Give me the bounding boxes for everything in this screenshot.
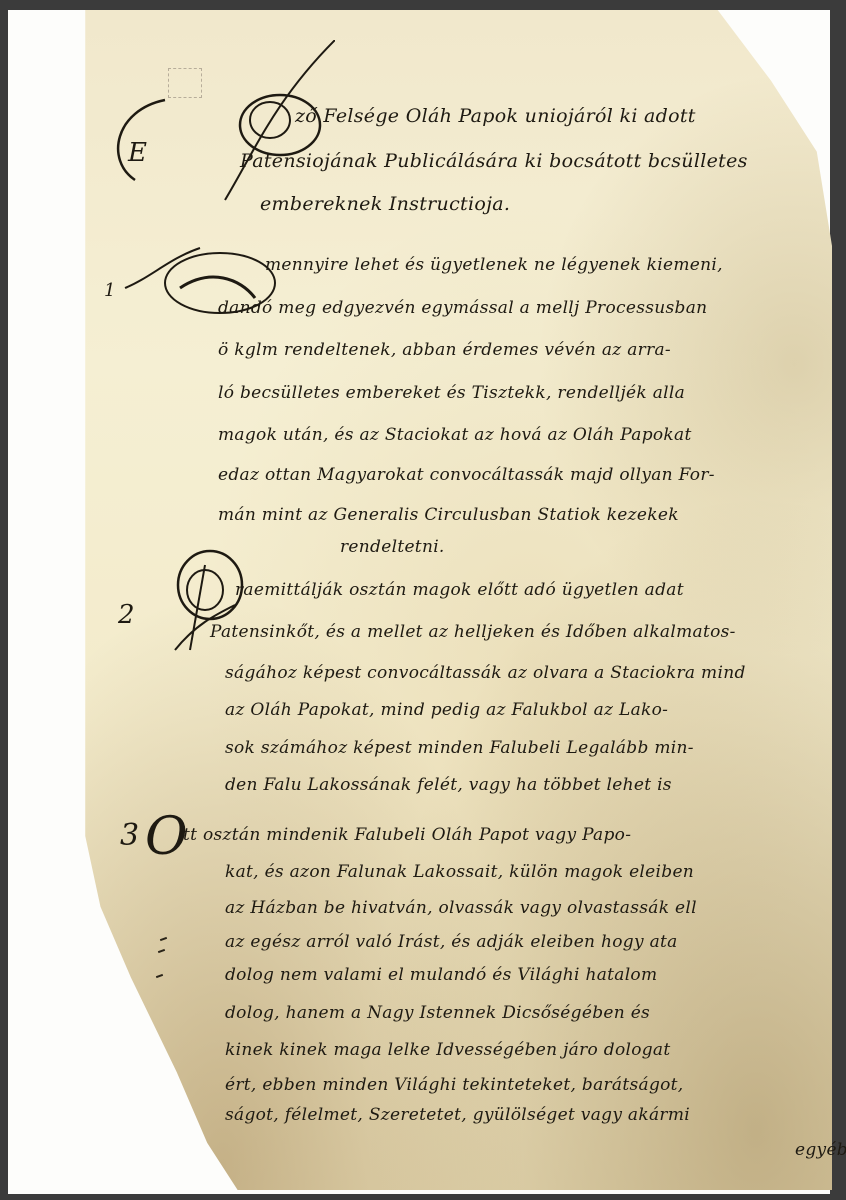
section-number: 2 <box>118 600 135 630</box>
body-line: az Oláh Papokat, mind pedig az Falukbol … <box>225 700 668 720</box>
body-line: kat, és azon Falunak Lakossait, külön ma… <box>225 862 694 882</box>
body-line: az egész arról való Irást, és adják elei… <box>225 932 678 952</box>
body-line: ságához képest convocáltassák az olvara … <box>225 663 746 683</box>
body-line: dolog nem valami el mulandó és Világhi h… <box>225 965 657 985</box>
body-line: raemittálják osztán magok előtt adó ügye… <box>235 580 684 600</box>
catchword: egyéb <box>795 1140 846 1160</box>
section-number: 1 <box>104 280 115 301</box>
heading-line: Patensiojának Publicálására ki bocsátott… <box>240 150 748 172</box>
heading-line: embereknek Instructioja. <box>260 193 510 215</box>
body-line: dolog, hanem a Nagy Istennek Dicsőségébe… <box>225 1003 650 1023</box>
body-line: ért, ebben minden Világhi tekinteteket, … <box>225 1075 684 1095</box>
section-3-initial: O <box>145 800 188 874</box>
heading-line: ző Felsége Oláh Papok uniojáról ki adott <box>295 105 696 127</box>
body-line: ságot, félelmet, Szeretetet, gyülölséget… <box>225 1105 690 1125</box>
body-line: mán mint az Generalis Circulusban Statio… <box>218 505 679 525</box>
body-line: tt osztán mindenik Falubeli Oláh Papot v… <box>183 825 631 845</box>
body-line: magok után, és az Staciokat az hová az O… <box>218 425 692 445</box>
body-line: dandó meg edgyezvén egymással a mellj Pr… <box>218 298 707 318</box>
heading-margin-mark: E <box>128 138 147 168</box>
body-line: edaz ottan Magyarokat convocáltassák maj… <box>218 465 715 485</box>
section-number: 3 <box>120 818 139 853</box>
body-line: ö kglm rendeltenek, abban érdemes vévén … <box>218 340 671 360</box>
body-line: mennyire lehet és ügyetlenek ne légyenek… <box>265 255 723 275</box>
body-line: rendeltetni. <box>340 537 445 557</box>
body-line: kinek kinek maga lelke Idvességében járo… <box>225 1040 671 1060</box>
body-line: az Házban be hivatván, olvassák vagy olv… <box>225 898 697 918</box>
body-line: Patensinkőt, és a mellet az helljeken és… <box>210 622 736 642</box>
body-line: ló becsülletes embereket és Tisztekk, re… <box>218 383 685 403</box>
body-line: den Falu Lakossának felét, vagy ha többe… <box>225 775 672 795</box>
body-line: sok számához képest minden Falubeli Lega… <box>225 738 694 758</box>
